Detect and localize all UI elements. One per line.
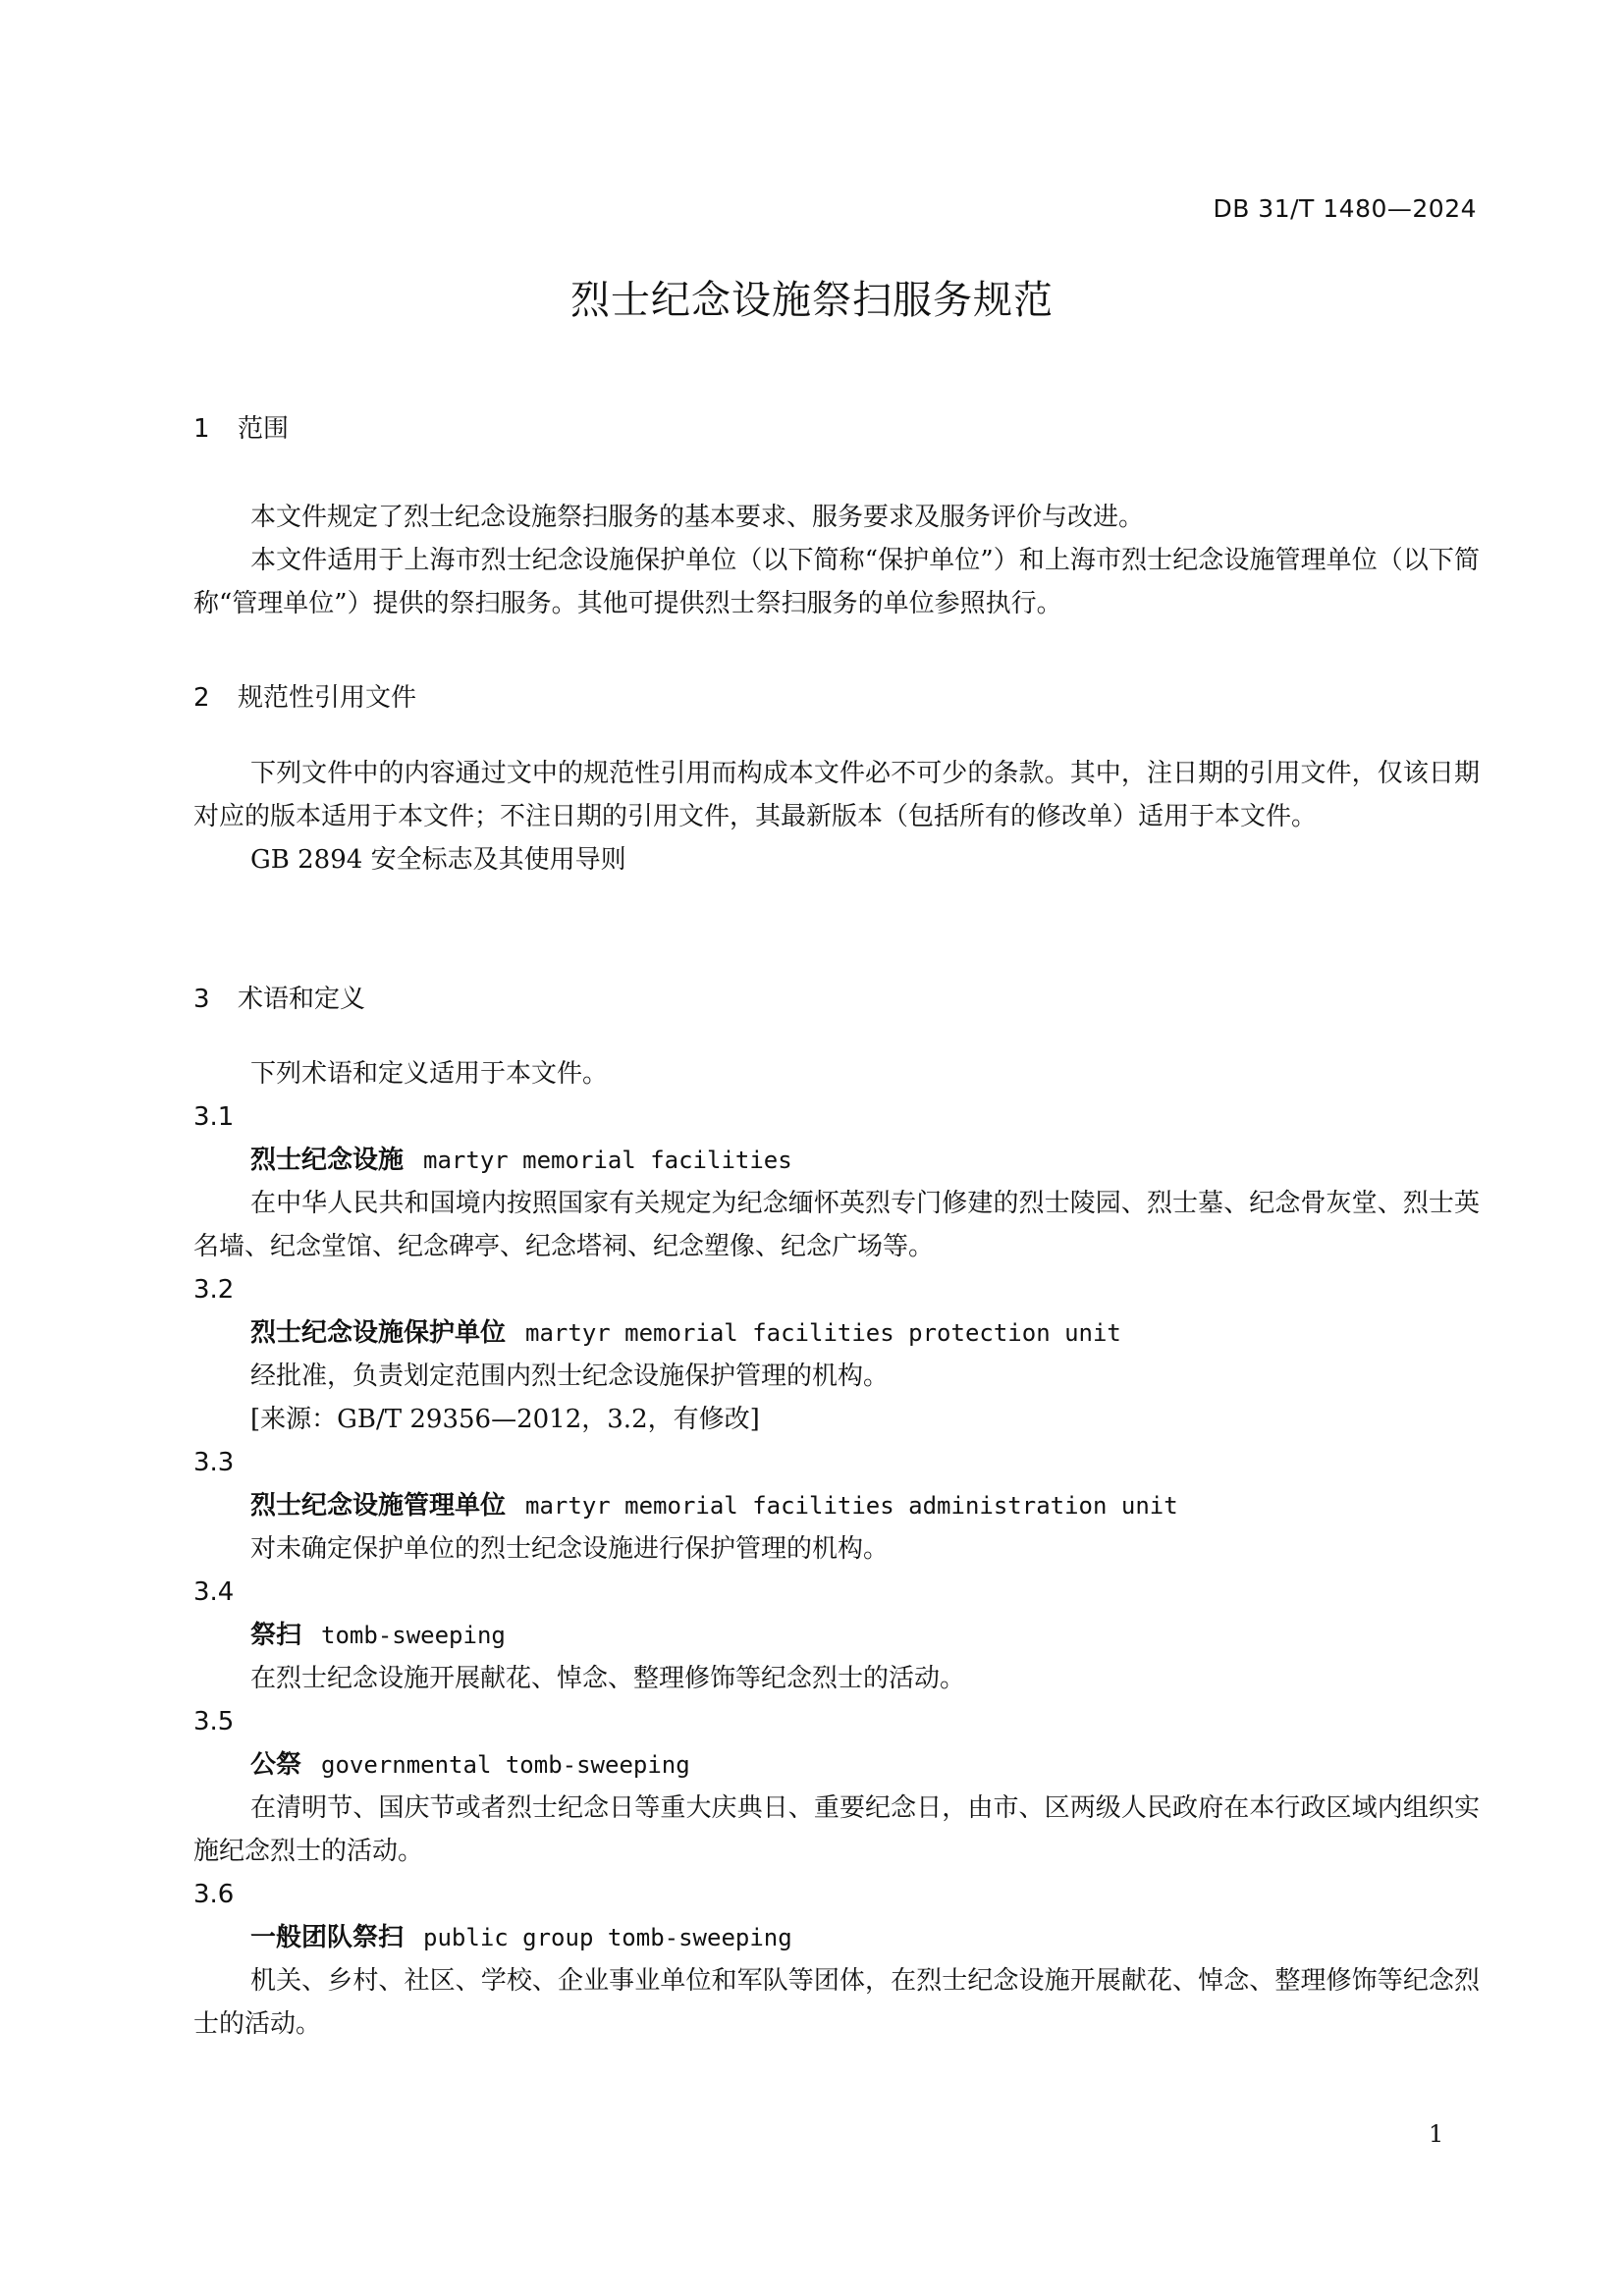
term-definition: 在中华人民共和国境内按照国家有关规定为纪念缅怀英烈专门修建的烈士陵园、烈士墓、纪… [193, 1182, 1480, 1268]
term-entry: 一般团队祭扫public group tomb-sweeping [193, 1916, 1480, 1959]
term-source: [来源：GB/T 29356—2012，3.2，有修改] [193, 1398, 1480, 1441]
section-heading-1: 1范围 [193, 408, 1480, 445]
term-number: 3.1 [193, 1095, 1480, 1139]
section-number: 2 [193, 683, 238, 713]
term-definition: 机关、乡村、社区、学校、企业事业单位和军队等团体，在烈士纪念设施开展献花、悼念、… [193, 1959, 1480, 2046]
paragraph: 本文件适用于上海市烈士纪念设施保护单位（以下简称“保护单位”）和上海市烈士纪念设… [193, 539, 1480, 625]
term-number: 3.6 [193, 1873, 1480, 1916]
term-zh: 烈士纪念设施 [250, 1146, 404, 1175]
section-number: 1 [193, 414, 238, 444]
paragraph: 下列术语和定义适用于本文件。 [193, 1052, 1480, 1095]
term-entry: 公祭governmental tomb-sweeping [193, 1743, 1480, 1787]
section-2-body: 下列文件中的内容通过文中的规范性引用而构成本文件必不可少的条款。其中，注日期的引… [193, 752, 1480, 881]
term-entry: 烈士纪念设施管理单位martyr memorial facilities adm… [193, 1484, 1480, 1527]
standard-code: DB 31/T 1480—2024 [1213, 194, 1477, 223]
paragraph: 本文件规定了烈士纪念设施祭扫服务的基本要求、服务要求及服务评价与改进。 [193, 496, 1480, 539]
term-number: 3.4 [193, 1571, 1480, 1614]
term-definition: 在烈士纪念设施开展献花、悼念、整理修饰等纪念烈士的活动。 [193, 1657, 1480, 1700]
term-number: 3.5 [193, 1700, 1480, 1743]
term-zh: 烈士纪念设施管理单位 [250, 1491, 506, 1521]
term-zh: 公祭 [250, 1750, 301, 1780]
term-en: tomb-sweeping [321, 1622, 506, 1649]
reference-item: GB 2894 安全标志及其使用导则 [193, 838, 1480, 881]
term-zh: 祭扫 [250, 1621, 301, 1650]
term-zh: 烈士纪念设施保护单位 [250, 1318, 506, 1348]
section-heading-3: 3术语和定义 [193, 979, 1480, 1015]
term-definition: 经批准，负责划定范围内烈士纪念设施保护管理的机构。 [193, 1355, 1480, 1398]
document-page: DB 31/T 1480—2024 烈士纪念设施祭扫服务规范 1范围 本文件规定… [0, 0, 1624, 2296]
page-number: 1 [1429, 2120, 1443, 2148]
section-number: 3 [193, 985, 238, 1014]
section-3-body: 下列术语和定义适用于本文件。 3.1 烈士纪念设施martyr memorial… [193, 1052, 1480, 2046]
term-zh: 一般团队祭扫 [250, 1923, 404, 1952]
term-number: 3.3 [193, 1441, 1480, 1484]
term-en: governmental tomb-sweeping [321, 1751, 690, 1779]
section-title: 术语和定义 [238, 985, 365, 1014]
term-definition: 对未确定保护单位的烈士纪念设施进行保护管理的机构。 [193, 1527, 1480, 1571]
section-1-body: 本文件规定了烈士纪念设施祭扫服务的基本要求、服务要求及服务评价与改进。 本文件适… [193, 496, 1480, 625]
section-title: 规范性引用文件 [238, 683, 416, 713]
term-entry: 烈士纪念设施保护单位martyr memorial facilities pro… [193, 1311, 1480, 1355]
term-entry: 烈士纪念设施martyr memorial facilities [193, 1139, 1480, 1182]
section-title: 范围 [238, 414, 289, 444]
section-heading-2: 2规范性引用文件 [193, 677, 1480, 714]
term-entry: 祭扫tomb-sweeping [193, 1614, 1480, 1657]
term-en: martyr memorial facilities administratio… [525, 1492, 1178, 1520]
term-en: public group tomb-sweeping [423, 1924, 792, 1951]
term-number: 3.2 [193, 1268, 1480, 1311]
term-definition: 在清明节、国庆节或者烈士纪念日等重大庆典日、重要纪念日，由市、区两级人民政府在本… [193, 1787, 1480, 1873]
term-en: martyr memorial facilities [423, 1147, 792, 1174]
document-title: 烈士纪念设施祭扫服务规范 [0, 269, 1624, 325]
term-en: martyr memorial facilities protection un… [525, 1319, 1121, 1347]
paragraph: 下列文件中的内容通过文中的规范性引用而构成本文件必不可少的条款。其中，注日期的引… [193, 752, 1480, 838]
